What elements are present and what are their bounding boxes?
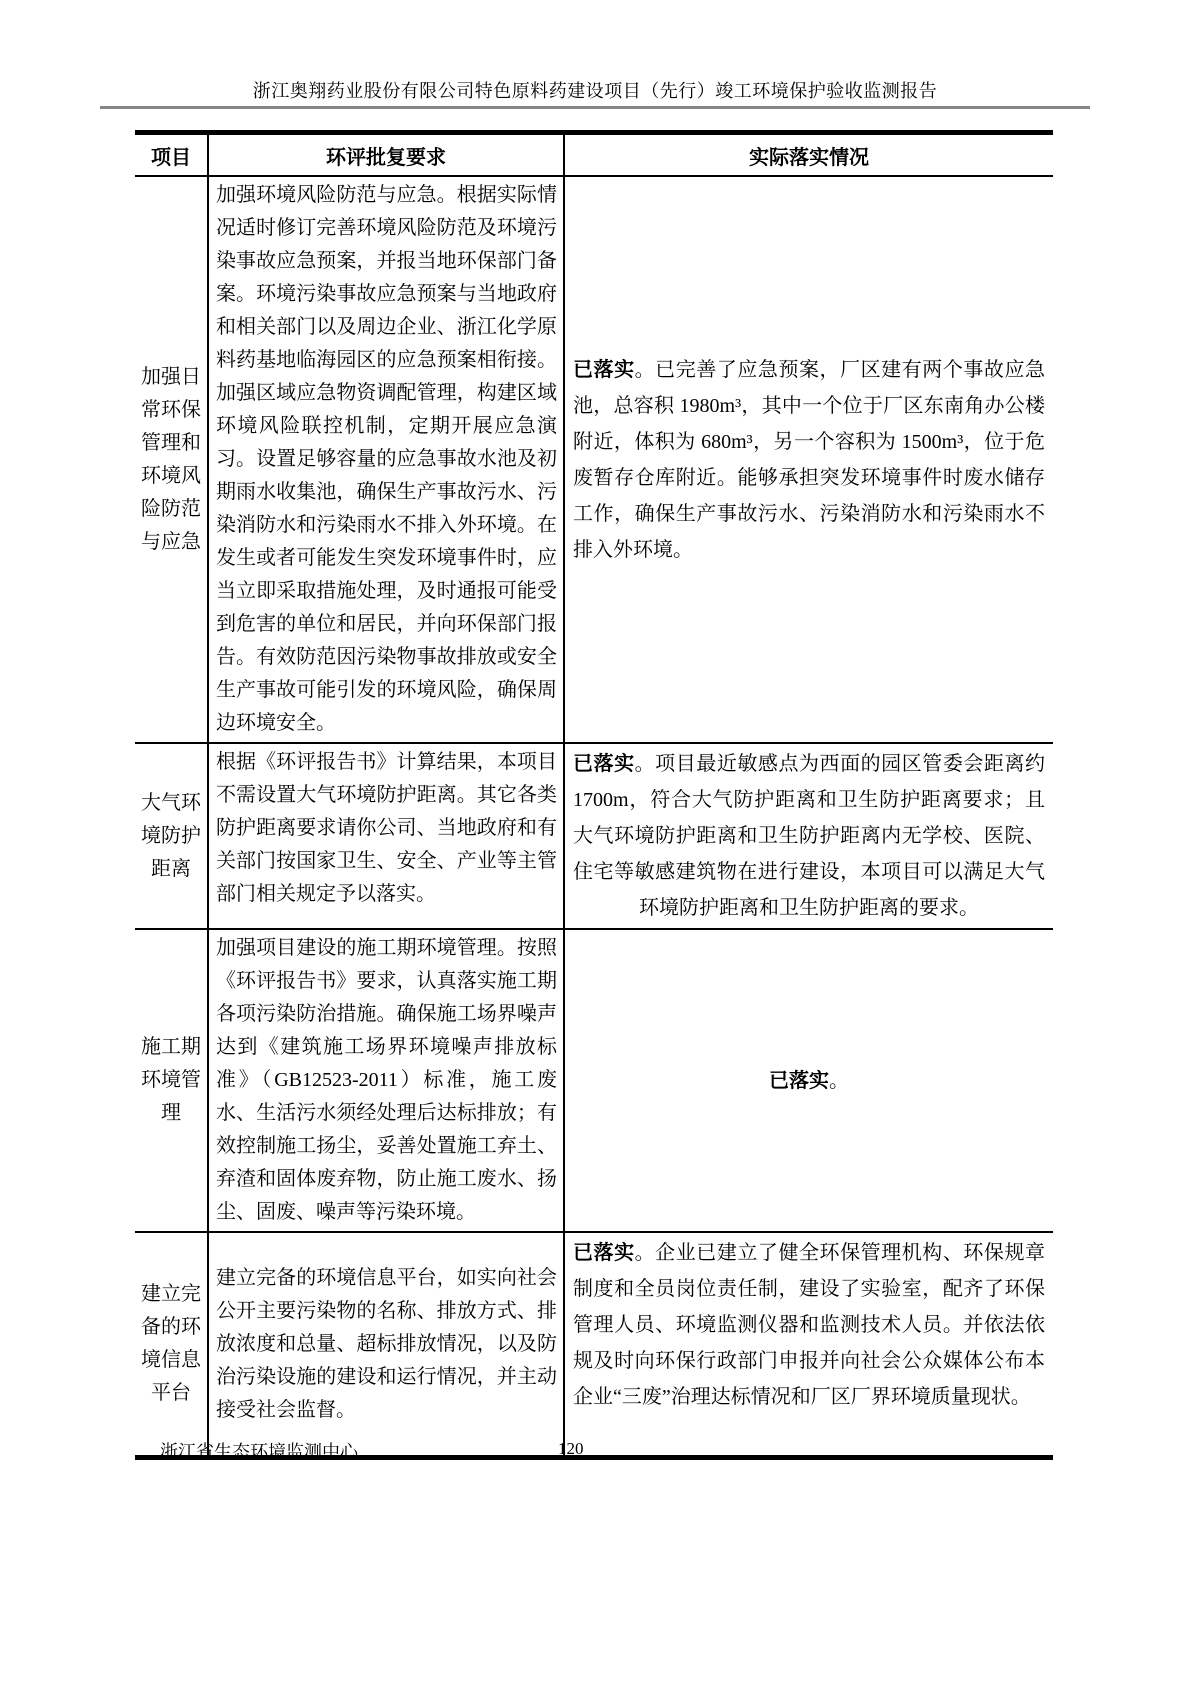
status-cell: 已落实。 <box>564 929 1053 1232</box>
status-detail: 。企业已建立了健全环保管理机构、环保规章制度和全员岗位责任制，建设了实验室，配齐… <box>573 1242 1045 1408</box>
status-label: 已落实 <box>769 1070 829 1092</box>
status-label: 已落实 <box>573 1242 635 1264</box>
column-header-item: 项目 <box>135 133 208 177</box>
requirement-cell: 加强项目建设的施工期环境管理。按照《环评报告书》要求，认真落实施工期各项污染防治… <box>208 929 564 1232</box>
item-cell: 加强日常环保管理和环境风险防范与应急 <box>135 176 208 743</box>
page-number: 120 <box>558 1439 584 1459</box>
status-cell: 已落实。企业已建立了健全环保管理机构、环保规章制度和全员岗位责任制，建设了实验室… <box>564 1232 1053 1458</box>
approval-implementation-table: 项目 环评批复要求 实际落实情况 加强日常环保管理和环境风险防范与应急 加强环境… <box>135 130 1053 1460</box>
status-cell: 已落实。已完善了应急预案，厂区建有两个事故应急池，总容积 1980m³，其中一个… <box>564 176 1053 743</box>
requirement-cell: 建立完备的环境信息平台，如实向社会公开主要污染物的名称、排放方式、排放浓度和总量… <box>208 1232 564 1458</box>
status-label: 已落实 <box>573 753 635 775</box>
status-label: 已落实 <box>573 359 635 381</box>
footer-organization: 浙江省生态环境监测中心 <box>160 1438 358 1464</box>
item-cell: 建立完备的环境信息平台 <box>135 1232 208 1458</box>
status-detail: 。 <box>829 1070 849 1092</box>
table-row: 施工期环境管理 加强项目建设的施工期环境管理。按照《环评报告书》要求，认真落实施… <box>135 929 1053 1232</box>
status-detail: 。项目最近敏感点为西面的园区管委会距离约 1700m，符合大气防护距离和卫生防护… <box>573 753 1045 919</box>
table-header-row: 项目 环评批复要求 实际落实情况 <box>135 133 1053 177</box>
requirement-cell: 加强环境风险防范与应急。根据实际情况适时修订完善环境风险防范及环境污染事故应急预… <box>208 176 564 743</box>
item-cell: 大气环境防护距离 <box>135 743 208 929</box>
page-header-title: 浙江奥翔药业股份有限公司特色原料药建设项目（先行）竣工环境保护验收监测报告 <box>0 80 1190 102</box>
requirement-cell: 根据《环评报告书》计算结果，本项目不需设置大气环境防护距离。其它各类防护距离要求… <box>208 743 564 929</box>
table-row: 大气环境防护距离 根据《环评报告书》计算结果，本项目不需设置大气环境防护距离。其… <box>135 743 1053 929</box>
report-page: 浙江奥翔药业股份有限公司特色原料药建设项目（先行）竣工环境保护验收监测报告 项目… <box>0 0 1190 1683</box>
status-detail: 。已完善了应急预案，厂区建有两个事故应急池，总容积 1980m³，其中一个位于厂… <box>573 359 1045 561</box>
header-divider <box>100 106 1090 109</box>
table-row: 加强日常环保管理和环境风险防范与应急 加强环境风险防范与应急。根据实际情况适时修… <box>135 176 1053 743</box>
table-row: 建立完备的环境信息平台 建立完备的环境信息平台，如实向社会公开主要污染物的名称、… <box>135 1232 1053 1458</box>
column-header-requirement: 环评批复要求 <box>208 133 564 177</box>
status-cell: 已落实。项目最近敏感点为西面的园区管委会距离约 1700m，符合大气防护距离和卫… <box>564 743 1053 929</box>
item-cell: 施工期环境管理 <box>135 929 208 1232</box>
column-header-status: 实际落实情况 <box>564 133 1053 177</box>
